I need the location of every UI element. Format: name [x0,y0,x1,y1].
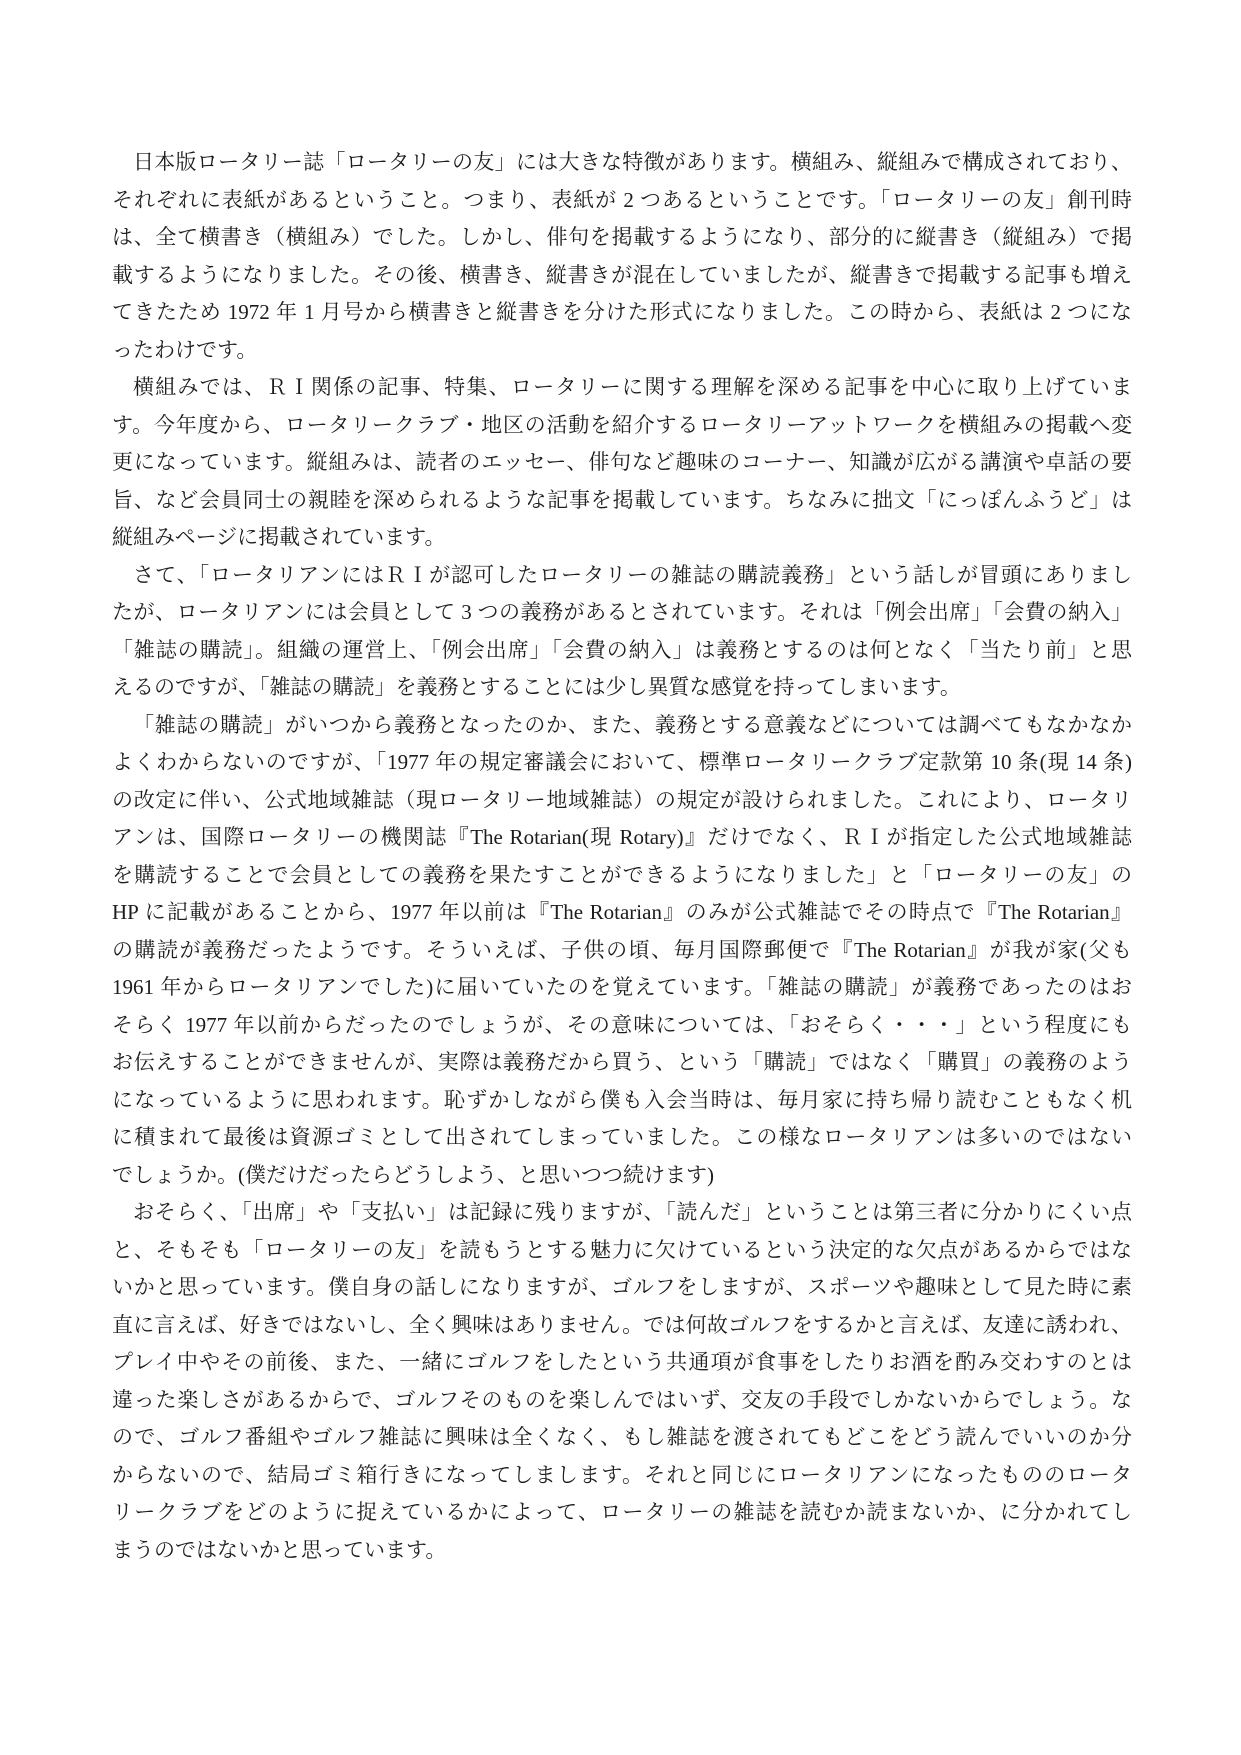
text-line: リークラブをどのように捉えているかによって、ロータリーの雑誌を読むか読まないか、… [112,1494,1132,1532]
text-line: プレイ中やその前後、また、一緒にゴルフをしたという共通項が食事をしたりお酒を酌み… [112,1344,1132,1382]
text-line: 「雑誌の購読」。組織の運営上、「例会出席」「会費の納入」は義務とするのは何となく… [112,632,1132,670]
text-line: よくわからないのですが、「1977 年の規定審議会において、標準ロータリークラブ… [112,744,1132,782]
text-line: さて、「ロータリアンにはＲＩが認可したロータリーの雑誌の購読義務」という話しが冒… [112,557,1132,595]
paragraph: さて、「ロータリアンにはＲＩが認可したロータリーの雑誌の購読義務」という話しが冒… [112,557,1132,707]
text-line: 「雑誌の購読」がいつから義務となったのか、また、義務とする意義などについては調べ… [112,707,1132,745]
text-line: てきたため 1972 年 1 月号から横書きと縦書きを分けた形式になりました。こ… [112,294,1132,332]
text-line: たが、ロータリアンには会員として 3 つの義務があるとされています。それは「例会… [112,594,1132,632]
text-line: えるのですが、「雑誌の購読」を義務とすることには少し異質な感覚を持ってしまいます… [112,669,1132,707]
text-line: 日本版ロータリー誌「ロータリーの友」には大きな特徴があります。横組み、縦組みで構… [112,144,1132,182]
text-line: を購読することで会員としての義務を果たすことができるようになりました」と「ロータ… [112,857,1132,895]
text-line: と、そもそも「ロータリーの友」を読もうとする魅力に欠けているという決定的な欠点が… [112,1232,1132,1270]
text-line: の改定に伴い、公式地域雑誌（現ロータリー地域雑誌）の規定が設けられました。これに… [112,782,1132,820]
text-line: は、全て横書き（横組み）でした。しかし、俳句を掲載するようになり、部分的に縦書き… [112,219,1132,257]
text-line: それぞれに表紙があるということ。つまり、表紙が 2 つあるということです。「ロー… [112,182,1132,220]
text-line: まうのではないかと思っています。 [112,1532,1132,1570]
text-line: す。今年度から、ロータリークラブ・地区の活動を紹介するロータリーアットワークを横… [112,407,1132,445]
text-line: に積まれて最後は資源ゴミとして出されてしまっていました。この様なロータリアンは多… [112,1119,1132,1157]
text-line: そらく 1977 年以前からだったのでしょうが、その意味については、「おそらく・… [112,1007,1132,1045]
text-line: ったわけです。 [112,332,1132,370]
paragraph: おそらく、「出席」や「支払い」は記録に残りますが、「読んだ」ということは第三者に… [112,1194,1132,1569]
text-line: でしょうか。(僕だけだったらどうしよう、と思いつつ続けます) [112,1157,1132,1195]
document-body: 日本版ロータリー誌「ロータリーの友」には大きな特徴があります。横組み、縦組みで構… [112,144,1132,1569]
text-line: アンは、国際ロータリーの機関誌『The Rotarian(現 Rotary)』だ… [112,819,1132,857]
text-line: ので、ゴルフ番組やゴルフ雑誌に興味は全くなく、もし雑誌を渡されてもどこをどう読ん… [112,1419,1132,1457]
document-page: 日本版ロータリー誌「ロータリーの友」には大きな特徴があります。横組み、縦組みで構… [0,0,1241,1755]
text-line: の購読が義務だったようです。そういえば、子供の頃、毎月国際郵便で『The Rot… [112,932,1132,970]
text-line: おそらく、「出席」や「支払い」は記録に残りますが、「読んだ」ということは第三者に… [112,1194,1132,1232]
text-line: からないので、結局ゴミ箱行きになってしまします。それと同じにロータリアンになった… [112,1457,1132,1495]
text-line: 載するようになりました。その後、横書き、縦書きが混在していましたが、縦書きで掲載… [112,257,1132,295]
paragraph: 「雑誌の購読」がいつから義務となったのか、また、義務とする意義などについては調べ… [112,707,1132,1195]
text-line: 1961 年からロータリアンでした)に届いていたのを覚えています。「雑誌の購読」… [112,969,1132,1007]
text-line: 直に言えば、好きではないし、全く興味はありません。では何故ゴルフをするかと言えば… [112,1307,1132,1345]
text-line: になっているように思われます。恥ずかしながら僕も入会当時は、毎月家に持ち帰り読む… [112,1082,1132,1120]
text-line: HP に記載があることから、1977 年以前は『The Rotarian』のみが… [112,894,1132,932]
paragraph: 横組みでは、ＲＩ関係の記事、特集、ロータリーに関する理解を深める記事を中心に取り… [112,369,1132,557]
text-line: お伝えすることができませんが、実際は義務だから買う、という「購読」ではなく「購買… [112,1044,1132,1082]
paragraph: 日本版ロータリー誌「ロータリーの友」には大きな特徴があります。横組み、縦組みで構… [112,144,1132,369]
text-line: いかと思っています。僕自身の話しになりますが、ゴルフをしますが、スポーツや趣味と… [112,1269,1132,1307]
text-line: 旨、など会員同士の親睦を深められるような記事を掲載しています。ちなみに拙文「にっ… [112,482,1132,520]
text-line: 横組みでは、ＲＩ関係の記事、特集、ロータリーに関する理解を深める記事を中心に取り… [112,369,1132,407]
text-line: 違った楽しさがあるからで、ゴルフそのものを楽しんではいず、交友の手段でしかないか… [112,1382,1132,1420]
text-line: 更になっています。縦組みは、読者のエッセー、俳句など趣味のコーナー、知識が広がる… [112,444,1132,482]
text-line: 縦組みページに掲載されています。 [112,519,1132,557]
